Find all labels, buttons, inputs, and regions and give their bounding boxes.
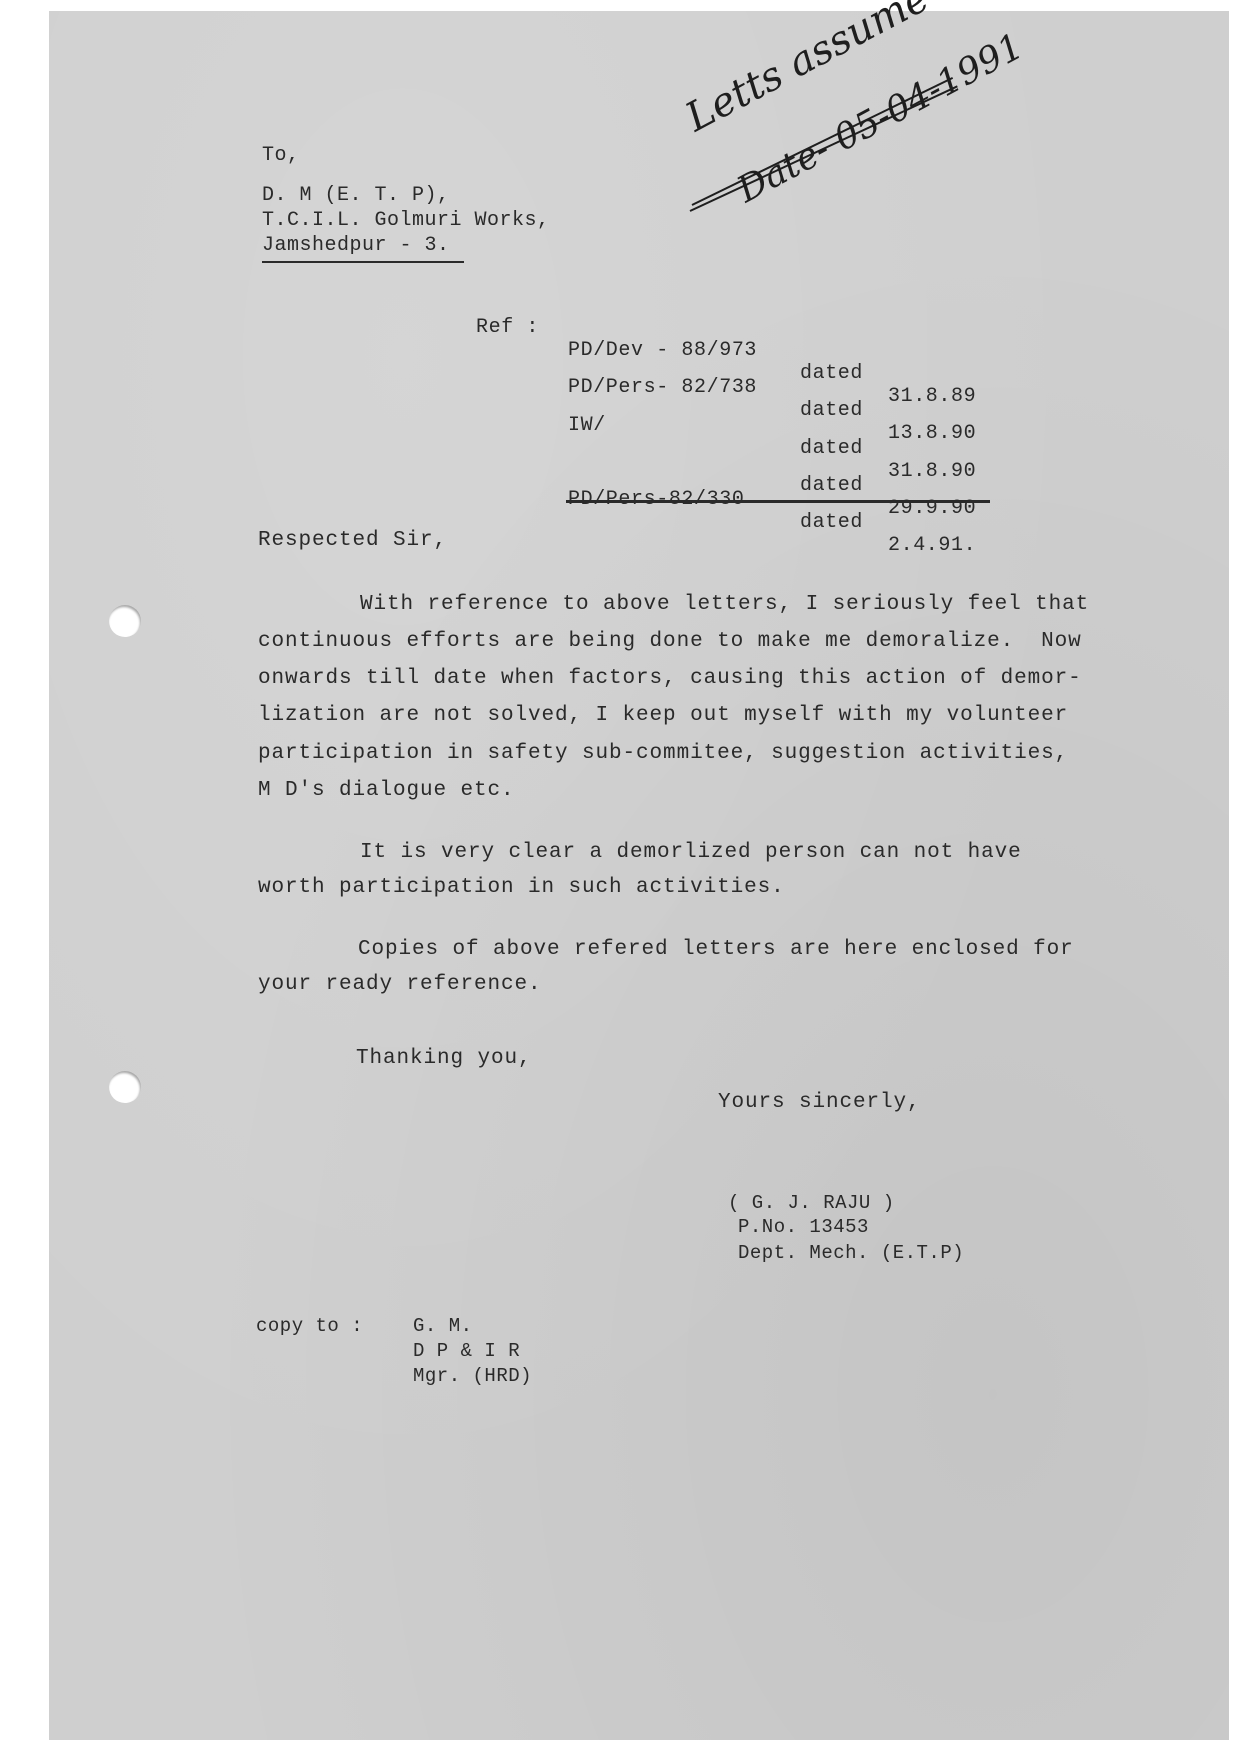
paragraph-1-line: participation in safety sub-commitee, su…	[258, 743, 1068, 764]
paragraph-1-line: M D's dialogue etc.	[258, 780, 515, 801]
paragraph-2-line: worth participation in such activities.	[258, 877, 785, 898]
copy-to-recipient: Mgr. (HRD)	[413, 1367, 532, 1386]
recipient-line-2: T.C.I.L. Golmuri Works,	[262, 211, 550, 231]
ref-label: Ref :	[476, 316, 539, 339]
to-label: To,	[262, 146, 300, 166]
greeting: Respected Sir,	[258, 530, 447, 551]
punch-hole-bottom	[109, 1071, 141, 1103]
punch-hole-top	[109, 605, 141, 637]
ref-dated-label: dated	[800, 399, 863, 422]
recipient-line-3: Jamshedpur - 3.	[262, 236, 450, 256]
closing-line: Yours sincerly,	[718, 1092, 921, 1113]
paragraph-1-line: lization are not solved, I keep out myse…	[258, 705, 1068, 726]
paragraph-1-line: onwards till date when factors, causing …	[258, 668, 1082, 689]
ref-date: 31.8.89	[888, 385, 976, 408]
recipient-underline	[262, 261, 464, 263]
paragraph-2-line: It is very clear a demorlized person can…	[360, 842, 1022, 863]
ref-dated-label: dated	[800, 474, 863, 497]
recipient-line-1: D. M (E. T. P),	[262, 186, 450, 206]
copy-to-label: copy to :	[256, 1317, 363, 1336]
reference-underline	[566, 500, 990, 503]
signatory-dept: Dept. Mech. (E.T.P)	[738, 1244, 964, 1263]
thanks-line: Thanking you,	[356, 1048, 532, 1069]
ref-date: 31.8.90	[888, 460, 976, 483]
ref-dated-label: dated	[800, 437, 863, 460]
reference-row: PD/Pers-82/330 dated 2.4.91.	[568, 465, 618, 580]
paragraph-1-line: continuous efforts are being done to mak…	[258, 631, 1082, 652]
ref-dated-label: dated	[800, 362, 863, 385]
paragraph-3-line: your ready reference.	[258, 974, 542, 995]
ref-date: 2.4.91.	[888, 534, 976, 557]
copy-to-recipient: D P & I R	[413, 1342, 520, 1361]
paragraph-1-line: With reference to above letters, I serio…	[360, 594, 1089, 615]
paragraph-3-line: Copies of above refered letters are here…	[358, 939, 1074, 960]
ref-date: 13.8.90	[888, 422, 976, 445]
ref-dated-label: dated	[800, 511, 863, 534]
copy-to-recipient: G. M.	[413, 1317, 473, 1336]
signatory-name: ( G. J. RAJU )	[728, 1194, 895, 1213]
signatory-pno: P.No. 13453	[738, 1218, 869, 1237]
